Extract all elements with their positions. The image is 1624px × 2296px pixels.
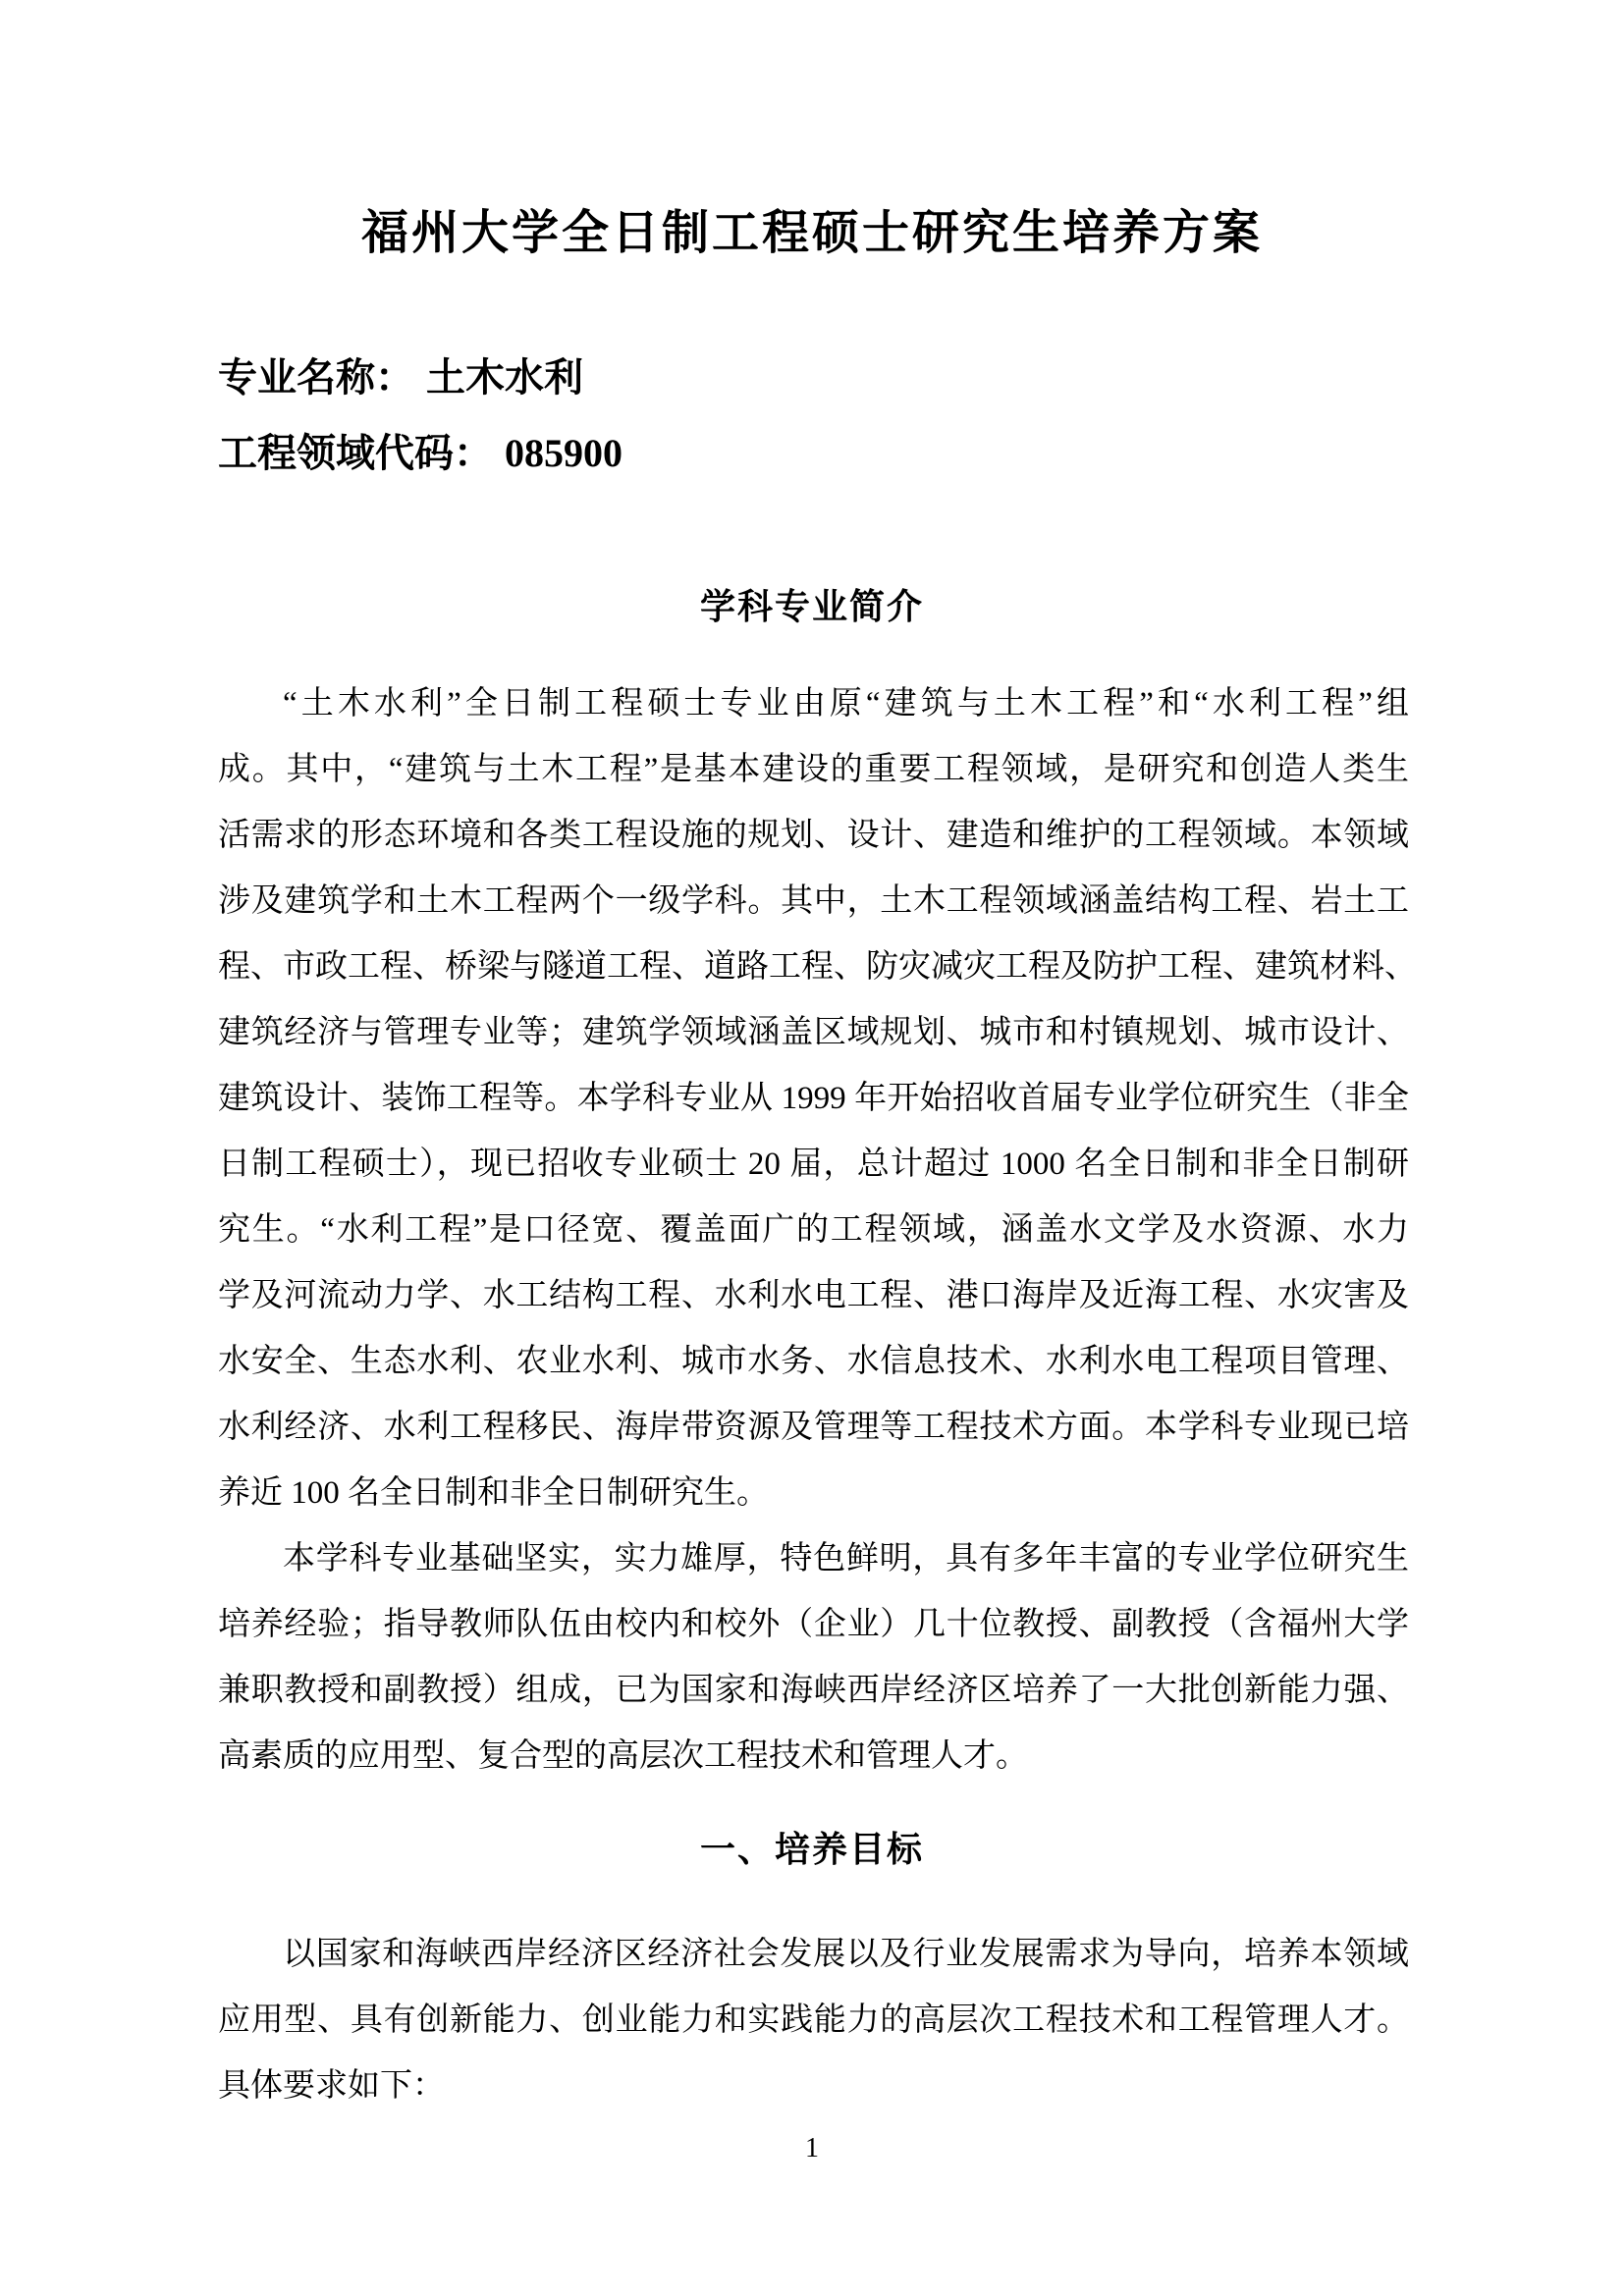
major-name-label: 专业名称： [218,355,414,400]
paragraph-line: 水安全、生态水利、农业水利、城市水务、水信息技术、水利水电工程项目管理、 [218,1329,1409,1395]
paragraph-line: 养近 100 名全日制和非全日制研究生。 [218,1461,1409,1526]
paragraph-line: 具体要求如下： [218,2054,1409,2119]
paragraph-line: 本学科专业基础坚实，实力雄厚，特色鲜明，具有多年丰富的专业学位研究生 [218,1526,1409,1592]
paragraph-line: 应用型、具有创新能力、创业能力和实践能力的高层次工程技术和工程管理人才。 [218,1988,1409,2054]
field-code-value: 085900 [505,431,623,475]
paragraph-discipline-intro-1: “土木水利”全日制工程硕士专业由原“建筑与土木工程”和“水利工程”组成。其中，“… [218,671,1409,1526]
major-name-row: 专业名称：土木水利 [218,353,583,402]
paragraph-discipline-intro-2: 本学科专业基础坚实，实力雄厚，特色鲜明，具有多年丰富的专业学位研究生培养经验；指… [218,1526,1409,1789]
paragraph-line: “土木水利”全日制工程硕士专业由原“建筑与土木工程”和“水利工程”组 [218,671,1409,737]
section-heading-discipline-intro: 学科专业简介 [0,583,1624,630]
paragraph-line: 究生。“水利工程”是口径宽、覆盖面广的工程领域，涵盖水文学及水资源、水力 [218,1198,1409,1263]
paragraph-line: 培养经验；指导教师队伍由校内和校外（企业）几十位教授、副教授（含福州大学 [218,1592,1409,1658]
paragraph-line: 成。其中，“建筑与土木工程”是基本建设的重要工程领域，是研究和创造人类生 [218,737,1409,803]
field-code-row: 工程领域代码：085900 [218,429,623,478]
paragraph-line: 水利经济、水利工程移民、海岸带资源及管理等工程技术方面。本学科专业现已培 [218,1395,1409,1461]
paragraph-training-goal-1: 以国家和海峡西岸经济区经济社会发展以及行业发展需求为导向，培养本领域应用型、具有… [218,1922,1409,2119]
document-page: 福州大学全日制工程硕士研究生培养方案 专业名称：土木水利 工程领域代码：0859… [0,0,1624,2296]
major-name-value: 土木水利 [426,355,583,400]
section-heading-training-goal: 一、培养目标 [0,1826,1624,1873]
paragraph-line: 日制工程硕士），现已招收专业硕士 20 届，总计超过 1000 名全日制和非全日… [218,1132,1409,1198]
field-code-label: 工程领域代码： [218,431,493,475]
paragraph-line: 程、市政工程、桥梁与隧道工程、道路工程、防灾减灾工程及防护工程、建筑材料、 [218,934,1409,1000]
paragraph-line: 建筑经济与管理专业等；建筑学领域涵盖区域规划、城市和村镇规划、城市设计、 [218,1000,1409,1066]
document-title: 福州大学全日制工程硕士研究生培养方案 [0,204,1624,263]
paragraph-line: 兼职教授和副教授）组成，已为国家和海峡西岸经济区培养了一大批创新能力强、 [218,1658,1409,1724]
paragraph-line: 学及河流动力学、水工结构工程、水利水电工程、港口海岸及近海工程、水灾害及 [218,1263,1409,1329]
paragraph-line: 建筑设计、装饰工程等。本学科专业从 1999 年开始招收首届专业学位研究生（非全 [218,1066,1409,1132]
paragraph-line: 涉及建筑学和土木工程两个一级学科。其中，土木工程领域涵盖结构工程、岩土工 [218,869,1409,934]
paragraph-line: 以国家和海峡西岸经济区经济社会发展以及行业发展需求为导向，培养本领域 [218,1922,1409,1988]
page-number: 1 [0,2131,1624,2166]
paragraph-line: 活需求的形态环境和各类工程设施的规划、设计、建造和维护的工程领域。本领域 [218,803,1409,869]
paragraph-line: 高素质的应用型、复合型的高层次工程技术和管理人才。 [218,1724,1409,1789]
